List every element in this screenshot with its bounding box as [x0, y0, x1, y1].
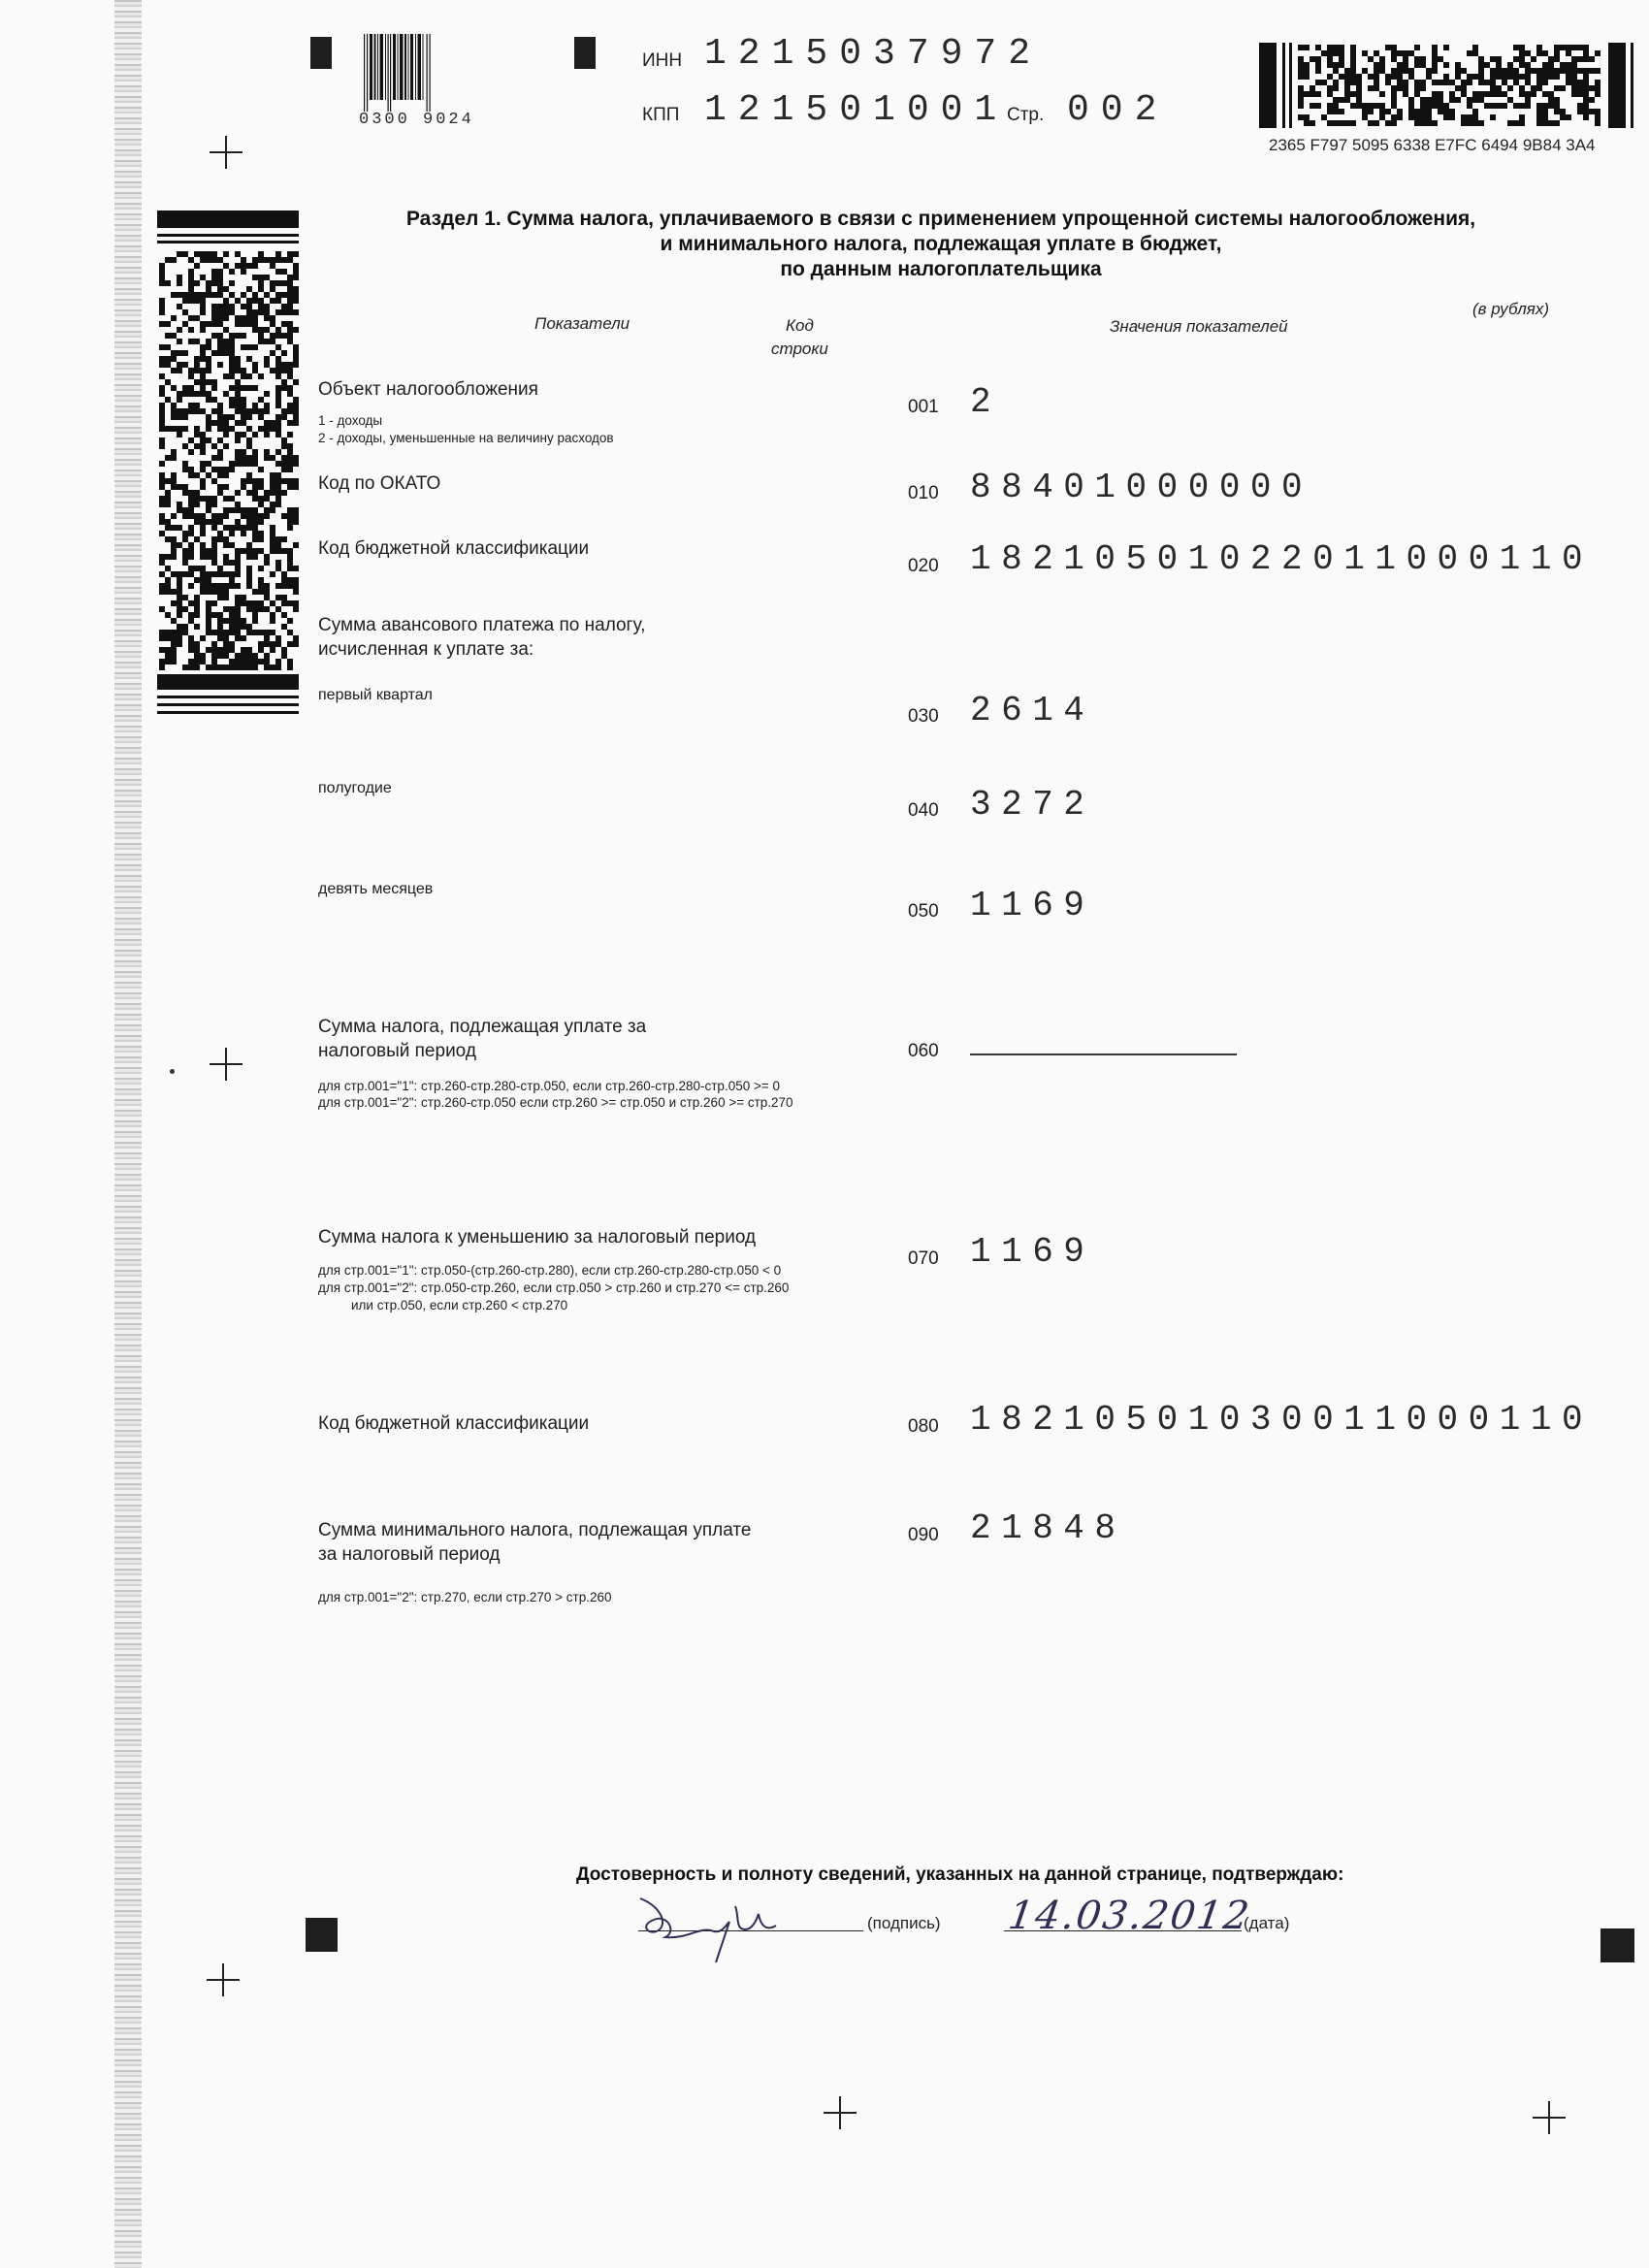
row-020-value[interactable]: 18210501022011000110 [970, 539, 1593, 579]
row-010-value[interactable]: 88401000000 [970, 468, 1312, 507]
row-070-code: 070 [908, 1248, 939, 1270]
row-080-label: Код бюджетной классификации [318, 1411, 589, 1436]
row-060-empty-value-dash[interactable] [970, 1053, 1237, 1055]
row-050-label: девять месяцев [318, 881, 433, 897]
registration-square-top-left [310, 37, 332, 69]
row-090-code: 090 [908, 1525, 939, 1546]
page-number: 002 [1067, 89, 1168, 131]
row-090-value[interactable]: 21848 [970, 1508, 1126, 1548]
registration-square-top-mid [574, 37, 596, 69]
advance-header-line1: Сумма авансового платежа по налогу, [318, 613, 645, 637]
inn-value: 1215037972 [704, 33, 1042, 75]
scan-edge-artifact [114, 0, 142, 2268]
crosshair-marker-icon [1533, 2101, 1566, 2134]
row-070-note-3: или стр.050, если стр.260 < стр.270 [351, 1297, 567, 1313]
section-title-line1: Раздел 1. Сумма налога, уплачиваемого в … [291, 206, 1591, 233]
row-060-label-line2: налоговый период [318, 1039, 646, 1063]
column-header-values: Значения показателей [1110, 317, 1288, 337]
row-060-note-2: для стр.001="2": стр.260-стр.050 если ст… [318, 1094, 793, 1111]
date-label: (дата) [1244, 1914, 1289, 1933]
pdf417-barcode-icon [1259, 43, 1639, 128]
crosshair-marker-icon [210, 136, 242, 169]
currency-note: (в рублях) [1472, 300, 1549, 319]
row-090-note-1: для стр.001="2": стр.270, если стр.270 >… [318, 1589, 611, 1605]
row-080-code: 080 [908, 1416, 939, 1438]
registration-square-bottom-left [306, 1918, 338, 1952]
row-070-value[interactable]: 1169 [970, 1232, 1094, 1272]
row-090-label-line1: Сумма минимального налога, подлежащая уп… [318, 1518, 751, 1542]
registration-square-bottom-right [1600, 1928, 1634, 1962]
row-040-code: 040 [908, 800, 939, 822]
advance-payment-header: Сумма авансового платежа по налогу, исчи… [318, 613, 645, 662]
line-code-header-2: строки [771, 338, 828, 361]
row-090-label: Сумма минимального налога, подлежащая уп… [318, 1518, 751, 1567]
row-050-code: 050 [908, 901, 939, 923]
crosshair-marker-icon [207, 1963, 240, 1996]
crosshair-marker-icon [824, 2096, 857, 2129]
section-title-line2: и минимального налога, подлежащая уплате… [291, 231, 1591, 258]
row-050-value[interactable]: 1169 [970, 886, 1094, 925]
document-hash: 2365 F797 5095 6338 E7FC 6494 9B84 3A4 [1269, 136, 1596, 155]
handwritten-signature-icon[interactable] [621, 1887, 795, 1964]
line-code-header-1: Код [771, 314, 828, 338]
row-001-note-1: 1 - доходы [318, 412, 382, 429]
row-020-code: 020 [908, 556, 939, 577]
linear-barcode-icon [364, 34, 432, 112]
row-080-value[interactable]: 18210501030011000110 [970, 1400, 1593, 1440]
page-label: Стр. [1007, 105, 1044, 126]
row-010-label: Код по ОКАТО [318, 471, 440, 496]
row-060-label: Сумма налога, подлежащая уплате за налог… [318, 1015, 646, 1063]
row-030-value[interactable]: 2614 [970, 691, 1094, 730]
column-header-indicators: Показатели [534, 314, 630, 334]
kpp-value: 121501001 [704, 89, 1008, 131]
row-020-label: Код бюджетной классификации [318, 536, 589, 561]
inn-label: ИНН [642, 50, 682, 72]
row-070-label: Сумма налога к уменьшению за налоговый п… [318, 1225, 756, 1249]
scan-dot [170, 1069, 175, 1074]
barcode-number: 0300 9024 [359, 111, 474, 129]
row-030-code: 030 [908, 706, 939, 728]
column-header-line-code: Код строки [771, 314, 828, 361]
row-001-value[interactable]: 2 [970, 382, 1001, 422]
crosshair-marker-icon [210, 1048, 242, 1081]
kpp-label: КПП [642, 105, 679, 126]
row-040-value[interactable]: 3272 [970, 785, 1094, 825]
row-001-label: Объект налогообложения [318, 377, 538, 402]
row-030-label: первый квартал [318, 687, 433, 703]
vertical-pdf417-barcode-icon [157, 211, 299, 715]
row-060-label-line1: Сумма налога, подлежащая уплате за [318, 1015, 646, 1039]
row-060-code: 060 [908, 1041, 939, 1062]
row-040-label: полугодие [318, 780, 392, 796]
row-070-note-2: для стр.001="2": стр.050-стр.260, если с… [318, 1280, 789, 1296]
advance-header-line2: исчисленная к уплате за: [318, 637, 645, 662]
row-001-code: 001 [908, 397, 939, 418]
confirmation-text: Достоверность и полноту сведений, указан… [576, 1864, 1343, 1886]
row-060-note-1: для стр.001="1": стр.260-стр.280-стр.050… [318, 1078, 780, 1094]
handwritten-date[interactable]: 14.03.2012 [1006, 1894, 1253, 1938]
row-090-label-line2: за налоговый период [318, 1542, 751, 1567]
signature-label: (подпись) [867, 1914, 941, 1933]
row-001-note-2: 2 - доходы, уменьшенные на величину расх… [318, 430, 614, 446]
row-010-code: 010 [908, 483, 939, 504]
section-title-line3: по данным налогоплательщика [291, 256, 1591, 283]
row-070-note-1: для стр.001="1": стр.050-(стр.260-стр.28… [318, 1262, 781, 1279]
